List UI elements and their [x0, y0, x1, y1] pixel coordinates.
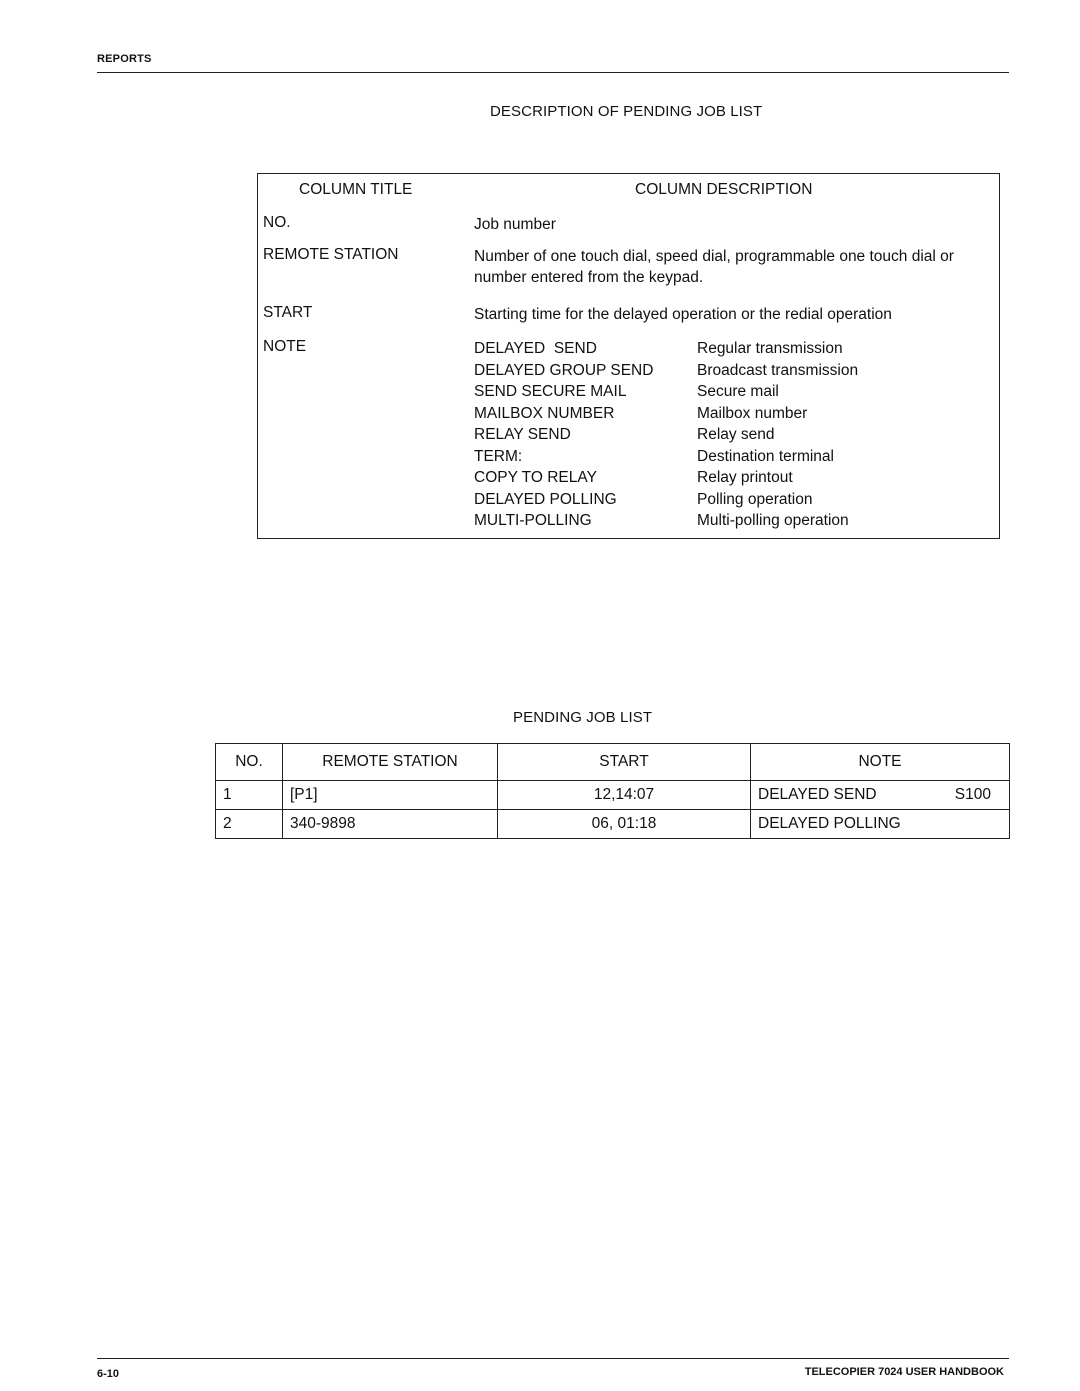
row-term: REMOTE STATION	[263, 246, 463, 264]
header-note: NOTE	[751, 744, 1010, 781]
note-code: DELAYED POLLING	[474, 489, 617, 511]
cell-no: 1	[216, 781, 283, 810]
cell-note: DELAYED SENDS100	[751, 781, 1010, 810]
note-code: RELAY SEND	[474, 424, 571, 446]
note-extra: S100	[955, 786, 991, 804]
header-rule	[97, 72, 1009, 73]
page-number: 6-10	[97, 1368, 119, 1380]
note-text: DELAYED SEND	[758, 786, 877, 803]
footer-rule	[97, 1358, 1009, 1359]
note-item: COPY TO RELAYRelay printout	[474, 467, 994, 489]
column-header-title: COLUMN TITLE	[299, 181, 412, 199]
column-header-description: COLUMN DESCRIPTION	[635, 181, 812, 199]
note-code: COPY TO RELAY	[474, 467, 597, 489]
note-meaning: Polling operation	[697, 489, 812, 511]
cell-start: 06, 01:18	[498, 810, 751, 839]
row-term: START	[263, 304, 463, 322]
book-title: TELECOPIER 7024 USER HANDBOOK	[805, 1366, 1004, 1378]
pending-title: PENDING JOB LIST	[513, 709, 652, 726]
header-start: START	[498, 744, 751, 781]
pending-job-table: NO. REMOTE STATION START NOTE 1[P1]12,14…	[215, 743, 1010, 839]
note-item: RELAY SENDRelay send	[474, 424, 994, 446]
cell-no: 2	[216, 810, 283, 839]
note-meaning: Multi-polling operation	[697, 510, 849, 532]
cell-remote-station: 340-9898	[283, 810, 498, 839]
table-row: 2340-989806, 01:18DELAYED POLLING	[216, 810, 1010, 839]
cell-note: DELAYED POLLING	[751, 810, 1010, 839]
note-item: MAILBOX NUMBERMailbox number	[474, 403, 994, 425]
note-item: MULTI-POLLINGMulti-polling operation	[474, 510, 994, 532]
note-meaning: Broadcast transmission	[697, 360, 858, 382]
row-term: NO.	[263, 214, 463, 232]
note-meaning: Mailbox number	[697, 403, 807, 425]
note-text: DELAYED POLLING	[758, 815, 901, 832]
table-row: 1[P1]12,14:07DELAYED SENDS100	[216, 781, 1010, 810]
note-meaning: Destination terminal	[697, 446, 834, 468]
row-text: Job number	[474, 214, 999, 235]
header-no: NO.	[216, 744, 283, 781]
note-item: DELAYED POLLINGPolling operation	[474, 489, 994, 511]
cell-start: 12,14:07	[498, 781, 751, 810]
note-code: MAILBOX NUMBER	[474, 403, 614, 425]
note-code: DELAYED SEND	[474, 338, 597, 360]
description-table: COLUMN TITLE COLUMN DESCRIPTION NO. Job …	[257, 173, 1000, 539]
note-meaning: Relay printout	[697, 467, 793, 489]
header-remote-station: REMOTE STATION	[283, 744, 498, 781]
note-meaning: Secure mail	[697, 381, 779, 403]
description-title: DESCRIPTION OF PENDING JOB LIST	[490, 103, 762, 120]
note-meaning: Regular transmission	[697, 338, 843, 360]
note-item: SEND SECURE MAILSecure mail	[474, 381, 994, 403]
row-term: NOTE	[263, 338, 463, 356]
note-code: MULTI-POLLING	[474, 510, 592, 532]
note-code: SEND SECURE MAIL	[474, 381, 626, 403]
note-code-list: DELAYED SENDRegular transmissionDELAYED …	[474, 338, 994, 532]
note-item: DELAYED GROUP SENDBroadcast transmission	[474, 360, 994, 382]
note-item: TERM:Destination terminal	[474, 446, 994, 468]
note-code: DELAYED GROUP SEND	[474, 360, 653, 382]
row-text: Number of one touch dial, speed dial, pr…	[474, 246, 999, 288]
note-item: DELAYED SENDRegular transmission	[474, 338, 994, 360]
note-code: TERM:	[474, 446, 522, 468]
table-header-row: NO. REMOTE STATION START NOTE	[216, 744, 1010, 781]
running-head: REPORTS	[97, 53, 152, 65]
note-meaning: Relay send	[697, 424, 775, 446]
cell-remote-station: [P1]	[283, 781, 498, 810]
row-text: Starting time for the delayed operation …	[474, 304, 999, 325]
